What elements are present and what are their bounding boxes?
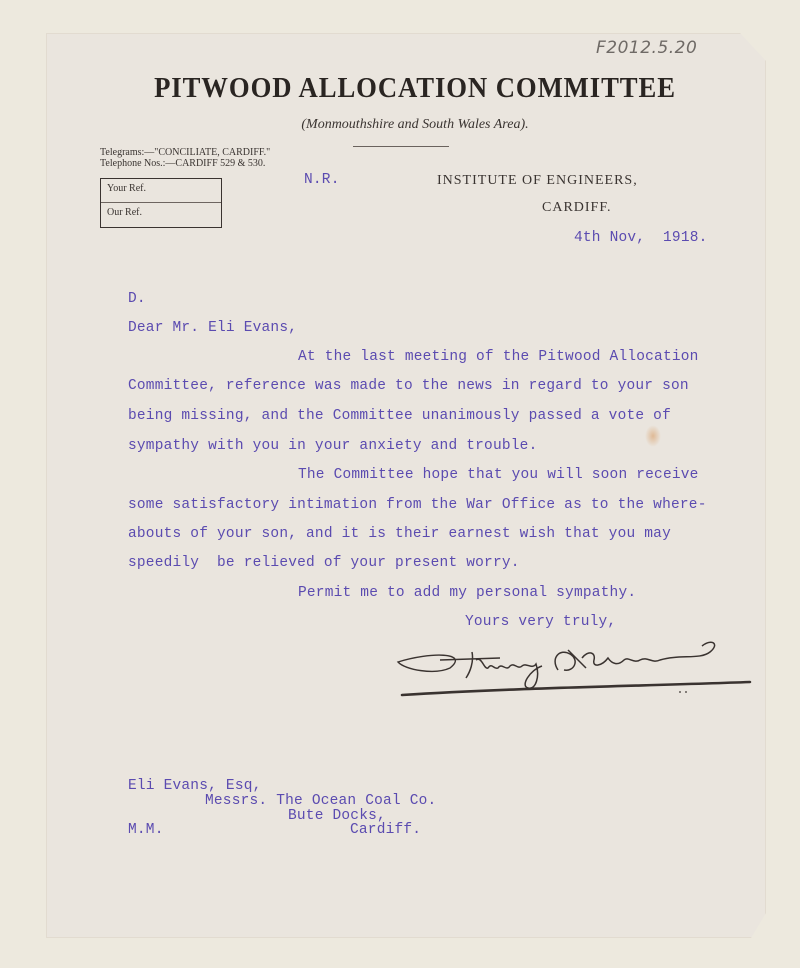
signature bbox=[390, 640, 755, 710]
typist-initials: M.M. bbox=[128, 822, 164, 838]
recipient-line: Messrs. The Ocean Coal Co. bbox=[205, 793, 436, 809]
salutation: Dear Mr. Eli Evans, bbox=[128, 320, 297, 336]
body-line: being missing, and the Committee unanimo… bbox=[128, 408, 671, 424]
your-ref-label: Your Ref. bbox=[101, 179, 221, 203]
body-line: speedily be relieved of your present wor… bbox=[128, 555, 520, 571]
body-line: At the last meeting of the Pitwood Alloc… bbox=[298, 349, 699, 365]
our-ref-label: Our Ref. bbox=[101, 203, 221, 227]
reference-box: Your Ref. Our Ref. bbox=[100, 178, 222, 228]
accession-number: F2012.5.20 bbox=[596, 38, 697, 58]
letterhead-subtitle: (Monmouthshire and South Wales Area). bbox=[0, 117, 800, 133]
telephone-line: Telephone Nos.:—CARDIFF 529 & 530. bbox=[100, 158, 265, 169]
body-line: sympathy with you in your anxiety and tr… bbox=[128, 438, 537, 454]
paper-stain bbox=[645, 425, 661, 447]
address-line-2: CARDIFF. bbox=[542, 200, 612, 216]
body-line: The Committee hope that you will soon re… bbox=[298, 467, 699, 483]
address-line-1: INSTITUTE OF ENGINEERS, bbox=[437, 173, 638, 189]
body-line: some satisfactory intimation from the Wa… bbox=[128, 497, 707, 513]
body-line: Committee, reference was made to the new… bbox=[128, 378, 689, 394]
letterhead-divider bbox=[353, 146, 449, 147]
letter-date: 4th Nov, 1918. bbox=[574, 230, 708, 246]
ref-initials: N.R. bbox=[304, 172, 340, 188]
recipient-line: Eli Evans, Esq, bbox=[128, 778, 262, 794]
letterhead-title: PITWOOD ALLOCATION COMMITTEE bbox=[33, 72, 797, 105]
telegrams-line: Telegrams:—"CONCILIATE, CARDIFF." bbox=[100, 147, 270, 158]
dept-mark: D. bbox=[128, 291, 146, 307]
closing: Yours very truly, bbox=[465, 614, 616, 630]
body-line: abouts of your son, and it is their earn… bbox=[128, 526, 671, 542]
body-line: Permit me to add my personal sympathy. bbox=[298, 585, 636, 601]
recipient-line: Cardiff. bbox=[350, 822, 421, 838]
